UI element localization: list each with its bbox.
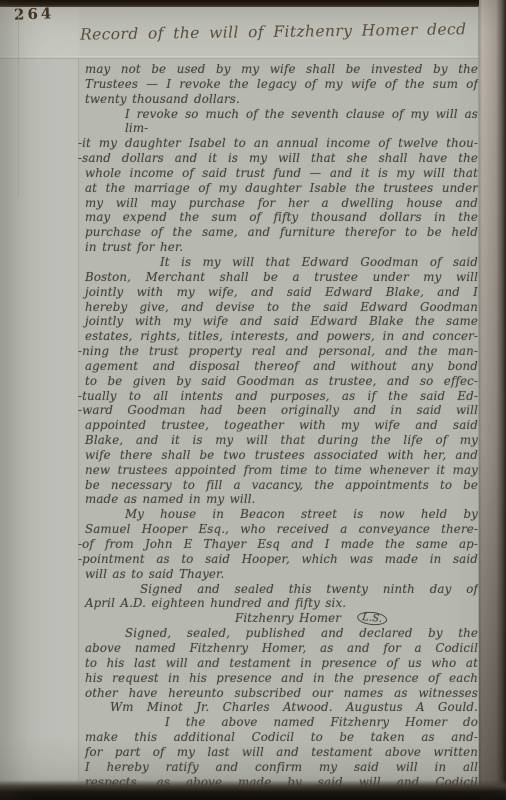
handwritten-line: my will may purchase for her a dwelling … — [85, 196, 478, 211]
handwritten-line: in trust for her. — [85, 240, 478, 255]
handwritten-line: wife there shall be two trustees associa… — [85, 448, 478, 463]
handwritten-line: be necessary to fill a vacancy, the appo… — [85, 478, 478, 493]
handwritten-line: new trustees appointed from time to time… — [85, 463, 478, 478]
handwritten-line: I revoke so much of the seventh clause o… — [85, 107, 478, 137]
handwritten-line: Wm Minot Jr. Charles Atwood. Augustus A … — [85, 700, 478, 715]
handwritten-line: Trustees — I revoke the legacy of my wif… — [85, 77, 478, 92]
document-title: Record of the will of Fitzhenry Homer de… — [80, 20, 455, 43]
page-crease — [0, 56, 480, 59]
handwritten-line: make this additional Codicil to be taken… — [85, 730, 478, 745]
handwritten-line: I hereby ratify and confirm my said will… — [85, 760, 478, 775]
handwritten-line: Samuel Hooper Esq., who received a conve… — [85, 522, 478, 537]
handwritten-line: made as named in my will. — [85, 492, 478, 507]
handwritten-line: purchase of the same, and furniture ther… — [85, 225, 478, 240]
adjacent-page-edge — [479, 0, 506, 800]
handwritten-line: Boston, Merchant shall be a trustee unde… — [85, 270, 478, 285]
handwritten-line: Signed and sealed this twenty ninth day … — [85, 582, 478, 597]
handwritten-line: will as to said Thayer. — [85, 567, 478, 582]
document-body: may not be used by my wife shall be inve… — [85, 62, 478, 790]
page-number: 264 — [14, 4, 55, 23]
photo-top-edge — [0, 0, 506, 7]
handwritten-line: My house in Beacon street is now held by — [85, 507, 478, 522]
handwritten-line: -sand dollars and it is my will that she… — [78, 151, 478, 166]
handwritten-line: to his last will and testament in presen… — [85, 656, 478, 671]
handwritten-line: It is my will that Edward Goodman of sai… — [85, 255, 478, 270]
handwritten-line: April A.D. eighteen hundred and fifty si… — [85, 596, 478, 611]
scanned-page-photo: 264 Record of the will of Fitzhenry Home… — [0, 0, 506, 800]
handwritten-line: jointly with my wife and said Edward Bla… — [85, 314, 478, 329]
handwritten-line: appointed trustee, togeather with my wif… — [85, 418, 478, 433]
handwritten-line: estates, rights, titles, interests, and … — [85, 329, 478, 344]
handwritten-line: for part of my last will and testament a… — [85, 745, 478, 760]
handwritten-line: -tually to all intents and purposes, as … — [78, 389, 478, 404]
handwritten-line: -of from John E Thayer Esq and I made th… — [78, 537, 478, 552]
handwritten-line: Fitzhenry HomerL.S. — [85, 611, 478, 626]
handwritten-line: may expend the sum of fifty thousand dol… — [85, 210, 478, 225]
seal-mark: L.S. — [357, 611, 388, 627]
handwritten-line: twenty thousand dollars. — [85, 92, 478, 107]
handwritten-line: Signed, sealed, published and declared b… — [85, 626, 478, 641]
handwritten-line: -it my daughter Isabel to an annual inco… — [78, 136, 478, 151]
handwritten-line: Blake, and it is my will that during the… — [85, 433, 478, 448]
handwritten-line: to be given by said Goodman as trustee, … — [85, 374, 478, 389]
handwritten-line: -pointment as to said Hooper, which was … — [78, 552, 478, 567]
handwritten-line: -ning the trust property real and person… — [78, 344, 478, 359]
handwritten-line: agement and disposal thereof and without… — [85, 359, 478, 374]
left-crease — [18, 7, 19, 197]
handwritten-line: I the above named Fitzhenry Homer do — [85, 715, 478, 730]
handwritten-line: at the marriage of my daughter Isable th… — [85, 181, 478, 196]
handwritten-line: above named Fitzhenry Homer, as and for … — [85, 641, 478, 656]
handwritten-line: jointly with my wife, and said Edward Bl… — [85, 285, 478, 300]
handwritten-line: -ward Goodman had been originally and in… — [78, 403, 478, 418]
handwritten-line: hereby give, and devise to the said Edwa… — [85, 300, 478, 315]
photo-bottom-edge — [0, 780, 506, 800]
handwritten-line: may not be used by my wife shall be inve… — [85, 62, 478, 77]
handwritten-line: his request in his presence and in the p… — [85, 671, 478, 686]
handwritten-line: other have hereunto subscribed our names… — [85, 686, 478, 701]
handwritten-line: whole income of said trust fund — and it… — [85, 166, 478, 181]
margin-rule — [78, 59, 79, 782]
